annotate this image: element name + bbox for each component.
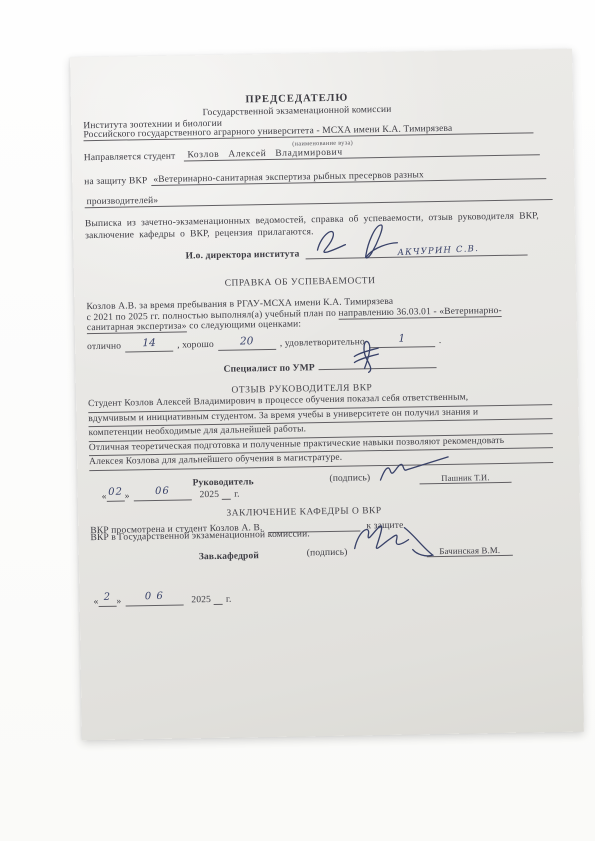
satisfactory-label: , удовлетворительно (280, 337, 365, 348)
umr-line: Специалист по УМР (223, 355, 437, 375)
thesis-title-line2: производителей» (85, 196, 159, 207)
thesis-title-field2: производителей» (85, 189, 553, 208)
excellent-label: отлично (87, 342, 121, 353)
dept-date-line: «2»0 62025г. (93, 592, 231, 607)
spravka-title: СПРАВКА ОБ УСПЕВАЕМОСТИ (86, 274, 514, 291)
head-name: Бачинская В.М. (427, 545, 513, 557)
supervisor-name: Пашник Т.И. (419, 472, 511, 485)
day-handwritten: 02 (108, 487, 123, 498)
month-handwritten: 06 (155, 486, 170, 497)
excellent-value: 14 (142, 337, 156, 349)
month-field: 06 (133, 487, 191, 501)
year: 2025 (199, 490, 219, 500)
year-underscore (222, 487, 231, 500)
satisfactory-value: 1 (398, 333, 405, 345)
director-name-handwritten: АКЧУРИН С.В. (397, 244, 479, 258)
umr-signature-field (319, 355, 437, 370)
thesis-line2-row: производителей» (85, 189, 553, 208)
supervisor-sign-label: (подпись) (329, 473, 370, 484)
year-2: 2025 (191, 595, 211, 605)
year-suffix-2: г. (226, 595, 232, 605)
director-label: И.о. директора института (185, 249, 299, 261)
grades-line: отлично14, хорошо20, удовлетворительно1. (87, 333, 517, 354)
conclusion-line1-post: к защите (366, 520, 403, 531)
supervisor-date-line: «02»062025г. (102, 487, 240, 502)
good-value: 20 (240, 335, 254, 347)
day-field: 02 (107, 489, 125, 502)
year-suffix: г. (234, 490, 240, 500)
attachments-paragraph: Выписка из зачетно-экзаменационных ведом… (85, 211, 539, 243)
photo-background: ПРЕДСЕДАТЕЛЮ Государственной экзаменацио… (0, 0, 595, 841)
grades-period: . (439, 336, 442, 346)
month-handwritten-2: 0 6 (145, 591, 164, 602)
spravka-line3-post: со следующими оценками: (187, 319, 302, 331)
good-field: 20 (218, 337, 276, 351)
director-signature-field: АКЧУРИН С.В. (306, 254, 528, 259)
student-name: Козлов Алексей Владимирович (183, 148, 342, 161)
thesis-line: на защиту ВКР «Ветеринарно-санитарная эк… (84, 168, 546, 187)
head-of-dept-sign-line: Зав.кафедрой (подпись) Бачинская В.М. (91, 540, 541, 564)
excellent-field: 14 (125, 339, 173, 353)
year-underscore-2 (214, 592, 223, 605)
good-label: , хорошо (177, 340, 214, 351)
thesis-title-field: «Ветеринарно-санитарная экспертиза рыбны… (151, 168, 546, 186)
head-role-label: Зав.кафедрой (199, 551, 259, 562)
document-page: ПРЕДСЕДАТЕЛЮ Государственной экзаменацио… (70, 49, 584, 741)
thesis-title-line1: «Ветеринарно-санитарная экспертиза рыбны… (151, 170, 424, 185)
day-handwritten-2: 2 (104, 592, 112, 603)
quote-close: » (125, 491, 130, 501)
month-field-2: 0 6 (125, 593, 183, 607)
quote-close-2: » (116, 597, 121, 607)
student-label: Направляется студент (84, 152, 176, 164)
satisfactory-field: 1 (369, 334, 435, 348)
director-line: И.о. директора института АКЧУРИН С.В. (185, 245, 527, 261)
head-sign-label: (подпись) (307, 548, 348, 559)
spravka-line2-underlined: направлению 36.03.01 - «Ветеринарно- (338, 306, 501, 320)
umr-label: Специалист по УМР (223, 363, 314, 375)
spravka-line3-underlined: санитарная экспертиза» (87, 321, 187, 334)
thesis-label: на защиту ВКР (84, 176, 147, 187)
day-field-2: 2 (98, 594, 116, 607)
